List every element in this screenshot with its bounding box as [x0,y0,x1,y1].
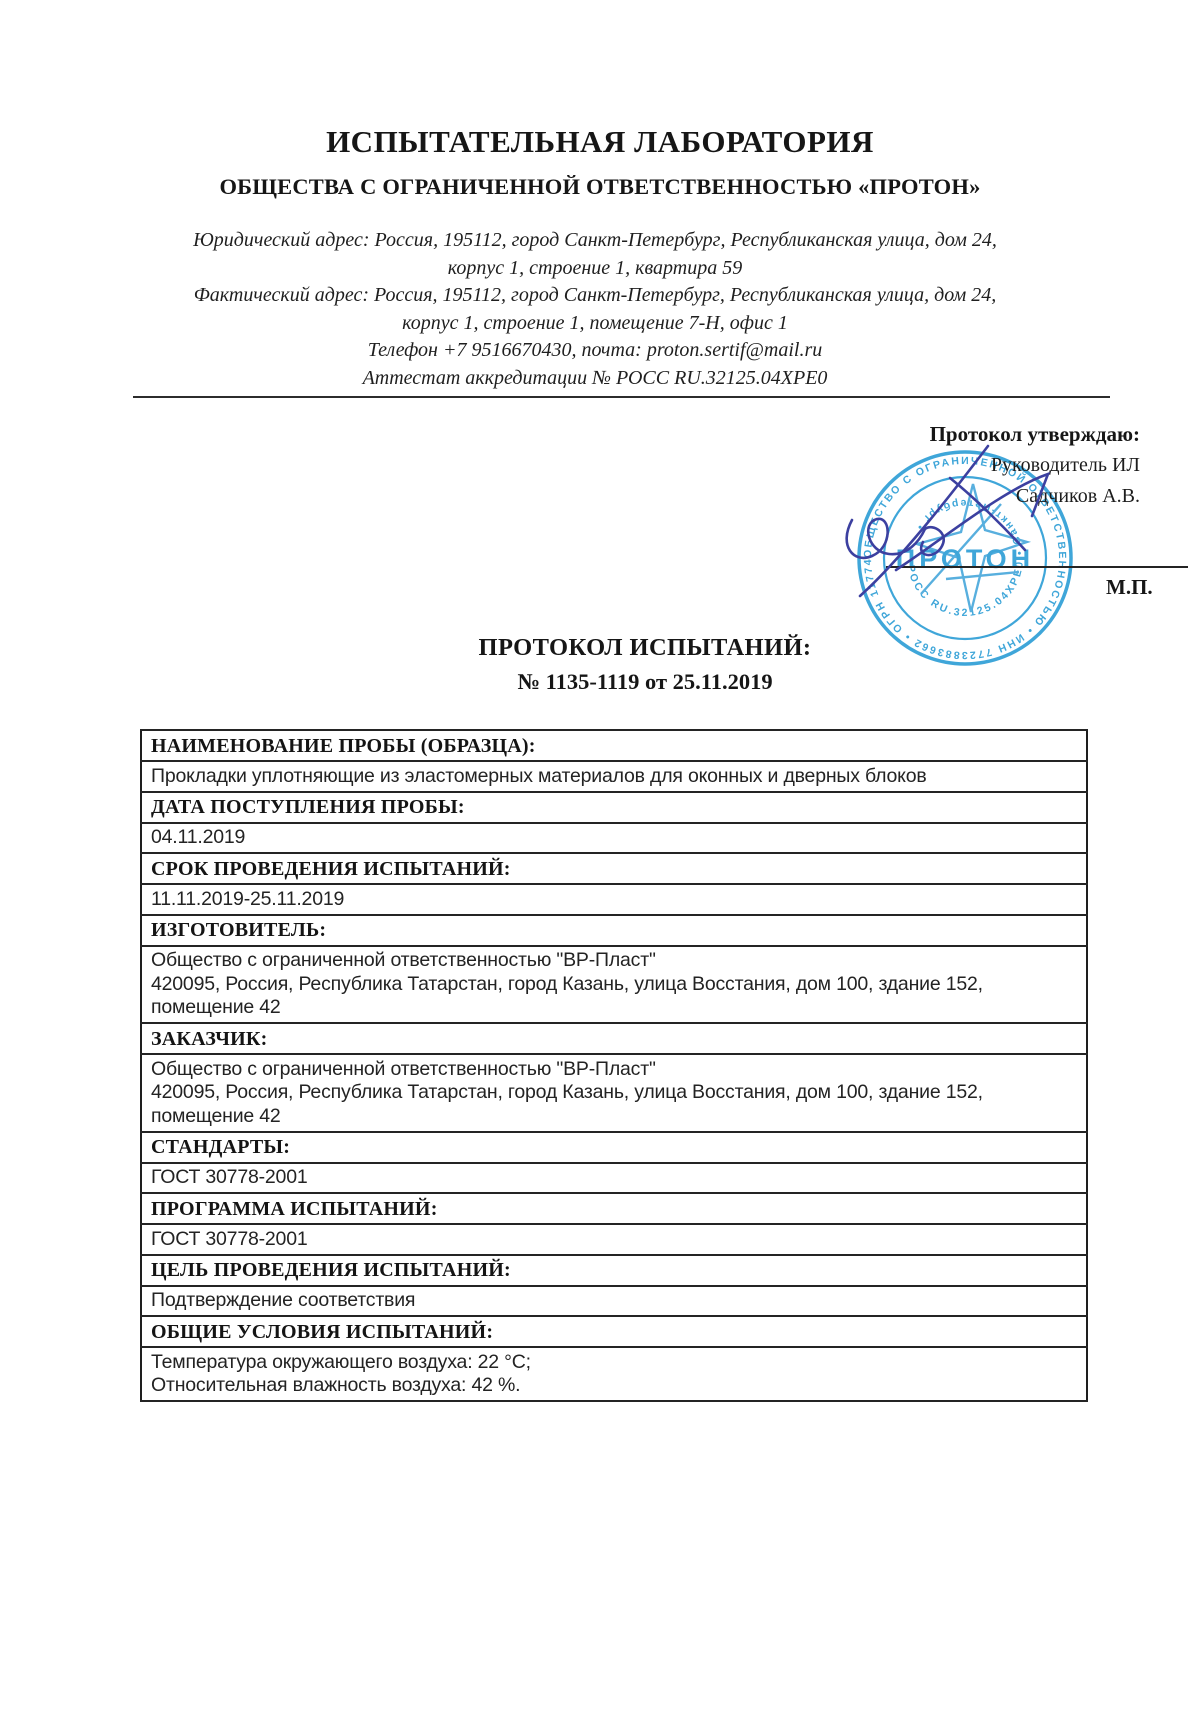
cell-line: помещение 42 [151,1105,1077,1129]
table-row: ГОСТ 30778-2001 [141,1224,1087,1255]
table-row: 04.11.2019 [141,823,1087,854]
actual-address-line-2: корпус 1, строение 1, помещение 7-Н, офи… [0,310,1190,338]
cell-line: Прокладки уплотняющие из эластомерных ма… [151,765,1077,789]
accreditation-line: Аттестат аккредитации № РОСС RU.32125.04… [0,365,1190,393]
row-value-cell: Общество с ограниченной ответственностью… [141,946,1087,1024]
cell-line: СТАНДАРТЫ: [151,1135,1077,1159]
row-value-cell: Прокладки уплотняющие из эластомерных ма… [141,761,1087,792]
scanned-test-report-page: { "header": { "lab_title": "ИСПЫТАТЕЛЬНА… [0,0,1200,1711]
row-label-cell: ОБЩИЕ УСЛОВИЯ ИСПЫТАНИЙ: [141,1316,1087,1347]
cell-line: Относительная влажность воздуха: 42 %. [151,1374,1077,1398]
row-value-cell: Подтверждение соответствия [141,1286,1087,1317]
row-label-cell: СТАНДАРТЫ: [141,1132,1087,1163]
address-block: Юридический адрес: Россия, 195112, город… [0,227,1190,392]
org-name: ОБЩЕСТВА С ОГРАНИЧЕННОЙ ОТВЕТСТВЕННОСТЬЮ… [0,174,1200,200]
table-row: Прокладки уплотняющие из эластомерных ма… [141,761,1087,792]
cell-line: Подтверждение соответствия [151,1289,1077,1313]
row-value-cell: ГОСТ 30778-2001 [141,1224,1087,1255]
table-row: ГОСТ 30778-2001 [141,1163,1087,1194]
row-value-cell: Температура окружающего воздуха: 22 °С;О… [141,1347,1087,1401]
cell-line: Температура окружающего воздуха: 22 °С; [151,1351,1077,1375]
row-label-cell: ПРОГРАММА ИСПЫТАНИЙ: [141,1193,1087,1224]
cell-line: 420095, Россия, Республика Татарстан, го… [151,1081,1077,1105]
table-row: НАИМЕНОВАНИЕ ПРОБЫ (ОБРАЗЦА): [141,730,1087,761]
protocol-title: ПРОТОКОЛ ИСПЫТАНИЙ: [140,634,1150,662]
table-row: ИЗГОТОВИТЕЛЬ: [141,915,1087,946]
protocol-number: № 1135-1119 от 25.11.2019 [140,669,1150,695]
handwritten-signature [800,418,1110,628]
cell-line: ОБЩИЕ УСЛОВИЯ ИСПЫТАНИЙ: [151,1320,1077,1344]
row-label-cell: СРОК ПРОВЕДЕНИЯ ИСПЫТАНИЙ: [141,853,1087,884]
cell-line: ПРОГРАММА ИСПЫТАНИЙ: [151,1197,1077,1221]
table-row: ОБЩИЕ УСЛОВИЯ ИСПЫТАНИЙ: [141,1316,1087,1347]
cell-line: ГОСТ 30778-2001 [151,1166,1077,1190]
sample-table: НАИМЕНОВАНИЕ ПРОБЫ (ОБРАЗЦА):Прокладки у… [140,729,1088,1402]
row-label-cell: ИЗГОТОВИТЕЛЬ: [141,915,1087,946]
table-row: Температура окружающего воздуха: 22 °С;О… [141,1347,1087,1401]
cell-line: ЦЕЛЬ ПРОВЕДЕНИЯ ИСПЫТАНИЙ: [151,1258,1077,1282]
seal-place-label: М.П. [1106,575,1153,600]
cell-line: ЗАКАЗЧИК: [151,1027,1077,1051]
table-row: Подтверждение соответствия [141,1286,1087,1317]
cell-line: Общество с ограниченной ответственностью… [151,1058,1077,1082]
row-value-cell: 11.11.2019-25.11.2019 [141,884,1087,915]
legal-address-line-2: корпус 1, строение 1, квартира 59 [0,255,1190,283]
row-value-cell: ГОСТ 30778-2001 [141,1163,1087,1194]
table-row: 11.11.2019-25.11.2019 [141,884,1087,915]
legal-address-line-1: Юридический адрес: Россия, 195112, город… [0,227,1190,255]
table-row: ЗАКАЗЧИК: [141,1023,1087,1054]
row-label-cell: НАИМЕНОВАНИЕ ПРОБЫ (ОБРАЗЦА): [141,730,1087,761]
protocol-title-block: ПРОТОКОЛ ИСПЫТАНИЙ: № 1135-1119 от 25.11… [140,634,1150,695]
row-label-cell: ЗАКАЗЧИК: [141,1023,1087,1054]
cell-line: ДАТА ПОСТУПЛЕНИЯ ПРОБЫ: [151,795,1077,819]
cell-line: 04.11.2019 [151,826,1077,850]
cell-line: помещение 42 [151,996,1077,1020]
table-row: Общество с ограниченной ответственностью… [141,1054,1087,1132]
signature-strokes [800,418,1110,628]
row-value-cell: 04.11.2019 [141,823,1087,854]
row-value-cell: Общество с ограниченной ответственностью… [141,1054,1087,1132]
cell-line: СРОК ПРОВЕДЕНИЯ ИСПЫТАНИЙ: [151,857,1077,881]
table-row: ЦЕЛЬ ПРОВЕДЕНИЯ ИСПЫТАНИЙ: [141,1255,1087,1286]
table-row: ДАТА ПОСТУПЛЕНИЯ ПРОБЫ: [141,792,1087,823]
phone-email-line: Телефон +7 9516670430, почта: proton.ser… [0,337,1190,365]
row-label-cell: ДАТА ПОСТУПЛЕНИЯ ПРОБЫ: [141,792,1087,823]
cell-line: НАИМЕНОВАНИЕ ПРОБЫ (ОБРАЗЦА): [151,734,1077,758]
table-row: ПРОГРАММА ИСПЫТАНИЙ: [141,1193,1087,1224]
cell-line: 420095, Россия, Республика Татарстан, го… [151,973,1077,997]
cell-line: 11.11.2019-25.11.2019 [151,888,1077,912]
table-row: Общество с ограниченной ответственностью… [141,946,1087,1024]
table-row: СРОК ПРОВЕДЕНИЯ ИСПЫТАНИЙ: [141,853,1087,884]
table-row: СТАНДАРТЫ: [141,1132,1087,1163]
cell-line: ИЗГОТОВИТЕЛЬ: [151,918,1077,942]
cell-line: ГОСТ 30778-2001 [151,1228,1077,1252]
row-label-cell: ЦЕЛЬ ПРОВЕДЕНИЯ ИСПЫТАНИЙ: [141,1255,1087,1286]
header-divider [133,396,1110,398]
lab-title: ИСПЫТАТЕЛЬНАЯ ЛАБОРАТОРИЯ [0,124,1200,160]
cell-line: Общество с ограниченной ответственностью… [151,949,1077,973]
sample-table-body: НАИМЕНОВАНИЕ ПРОБЫ (ОБРАЗЦА):Прокладки у… [141,730,1087,1401]
actual-address-line-1: Фактический адрес: Россия, 195112, город… [0,282,1190,310]
